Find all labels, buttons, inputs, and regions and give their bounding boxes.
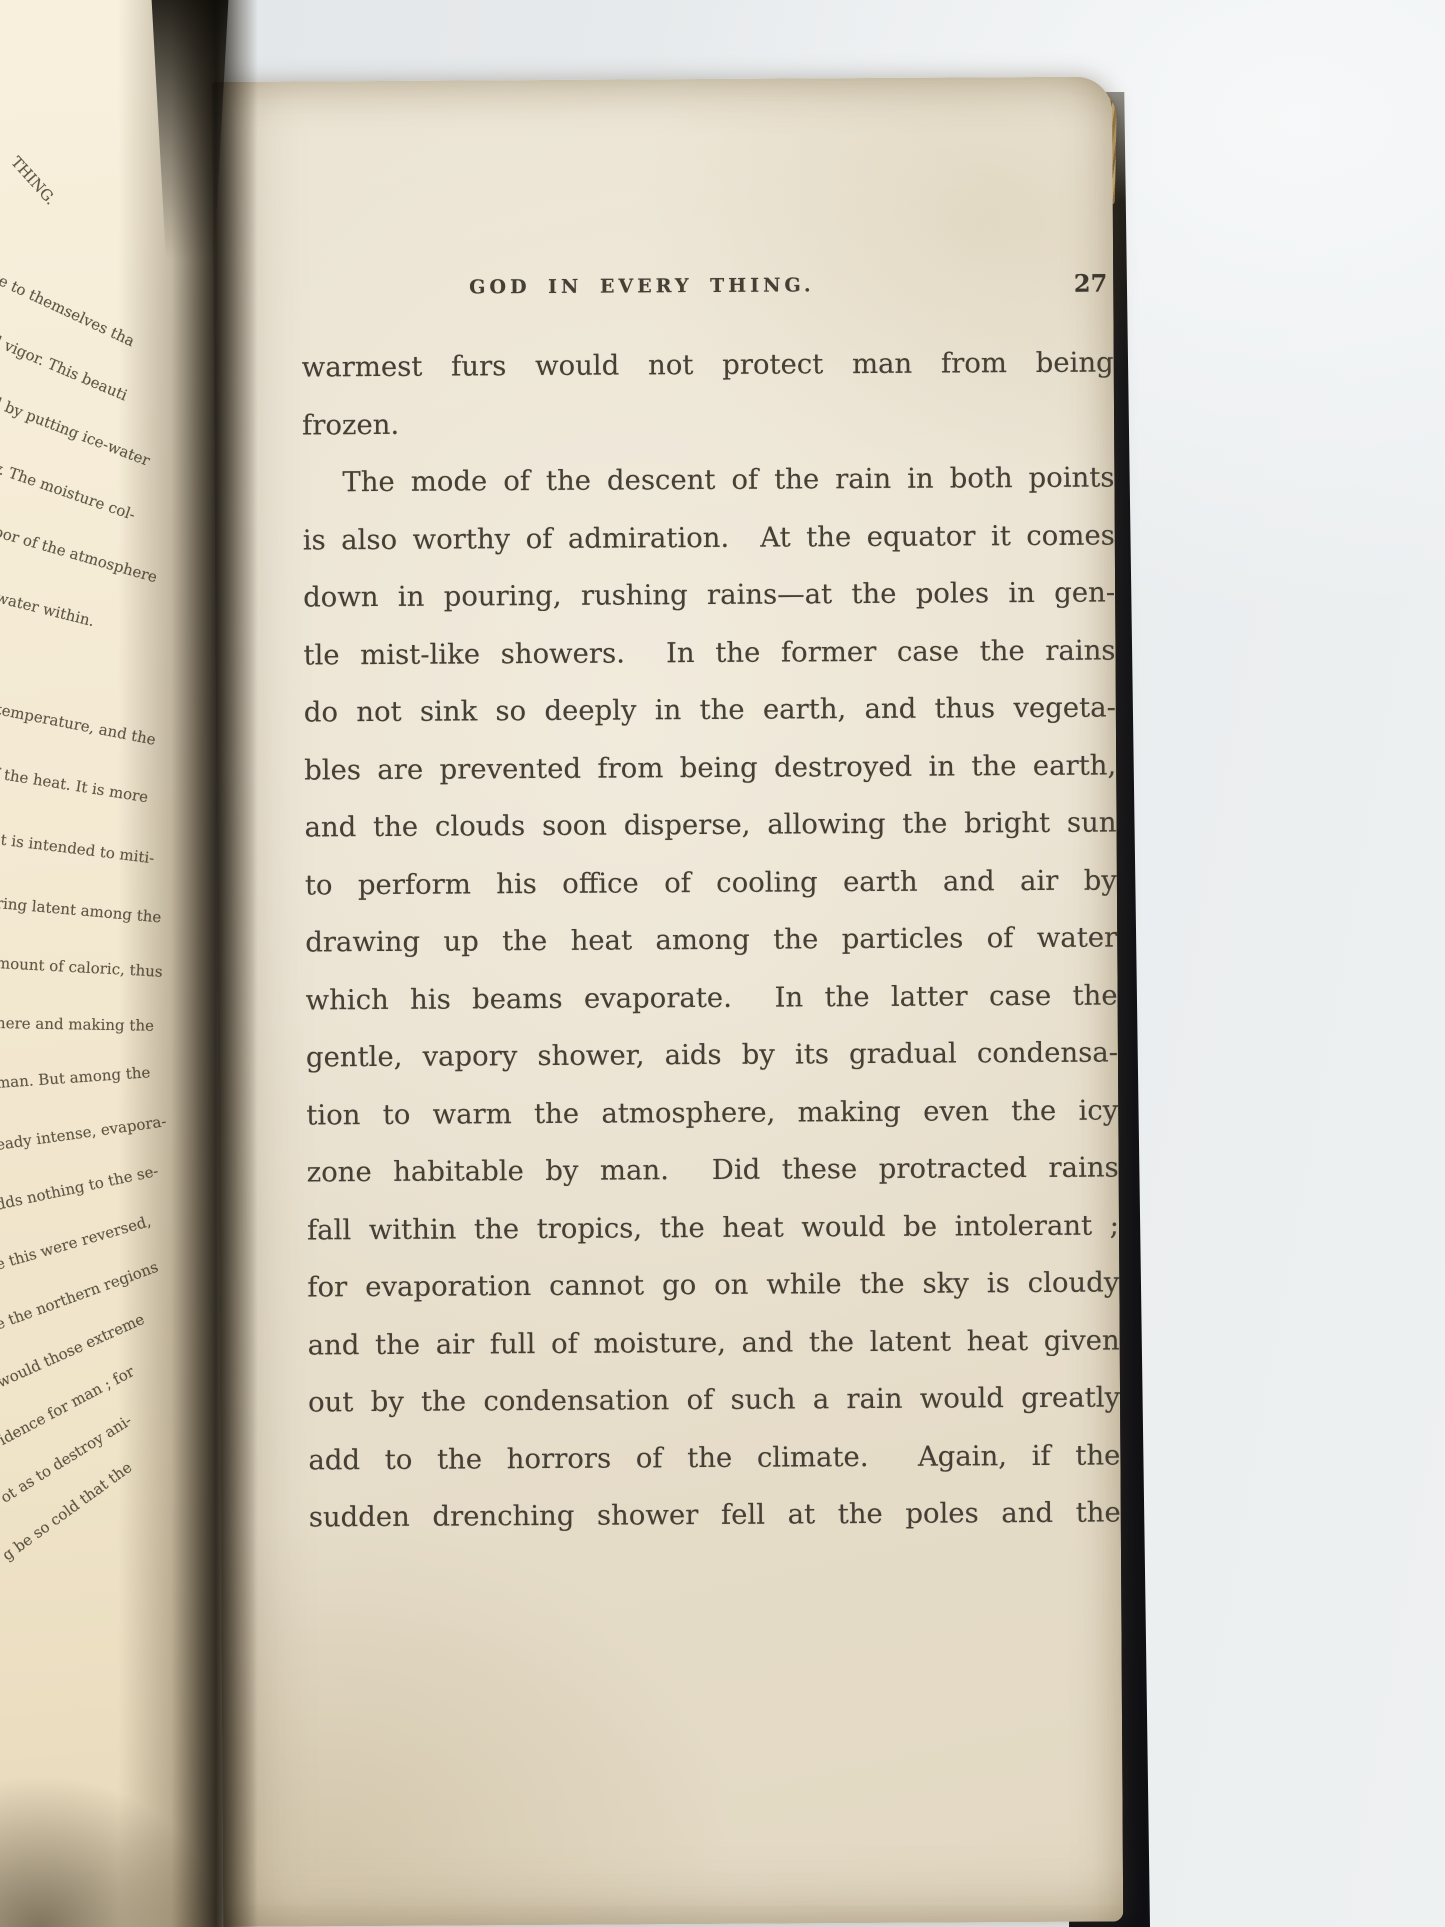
text-line: bles are prevented from being destroyed … [304, 737, 1116, 799]
text-line: The mode of the descent of the rain in b… [302, 449, 1114, 511]
page-header: GOD IN EVERY THING. 27 [301, 269, 1111, 314]
left-page-text-fragment: THING. [7, 153, 59, 208]
left-page-text-fragment: g be so cold that the [0, 1458, 135, 1564]
left-page-text-fragment: water within. [0, 588, 96, 630]
text-line: and the air full of moisture, and the la… [308, 1312, 1120, 1374]
text-line: gentle, vapory shower, aids by its gradu… [306, 1024, 1118, 1086]
text-line: zone habitable by man. Did these protrac… [306, 1139, 1118, 1201]
page-number: 27 [1074, 269, 1108, 298]
text-line: drawing up the heat among the particles … [305, 909, 1117, 971]
text-line: to perform his office of cooling earth a… [305, 852, 1117, 914]
text-line: add to the horrors of the climate. Again… [308, 1427, 1120, 1489]
left-page-text-fragment: te to themselves tha [0, 269, 137, 350]
book-photo: THING.te to themselves thad vigor. This … [0, 0, 1445, 1927]
body-text: warmest furs would not protect man from … [302, 334, 1121, 1546]
text-line: warmest furs would not protect man from … [302, 334, 1114, 396]
text-line: do not sink so deeply in the earth, and … [304, 679, 1116, 741]
text-line: down in pouring, rushing rains—at the po… [303, 564, 1115, 626]
running-title: GOD IN EVERY THING. [469, 274, 814, 298]
text-line: tle mist-like showers. In the former cas… [303, 622, 1115, 684]
text-line: and the clouds soon disperse, allowing t… [304, 794, 1116, 856]
text-line: frozen. [302, 392, 1114, 454]
text-line: is also worthy of admiration. At the equ… [303, 507, 1115, 569]
text-line: fall within the tropics, the heat would … [307, 1197, 1119, 1259]
right-page: GOD IN EVERY THING. 27 warmest furs woul… [212, 77, 1123, 1927]
text-line: for evaporation cannot go on while the s… [307, 1254, 1119, 1316]
text-line: out by the condensation of such a rain w… [308, 1369, 1120, 1431]
text-line: tion to warm the atmosphere, making even… [306, 1082, 1118, 1144]
text-line: sudden drenching shower fell at the pole… [309, 1484, 1121, 1546]
left-page-text-fragment: d vigor. This beauti [0, 331, 130, 405]
gutter-shadow [118, 0, 258, 1927]
text-line: which his beams evaporate. In the latter… [305, 967, 1117, 1029]
